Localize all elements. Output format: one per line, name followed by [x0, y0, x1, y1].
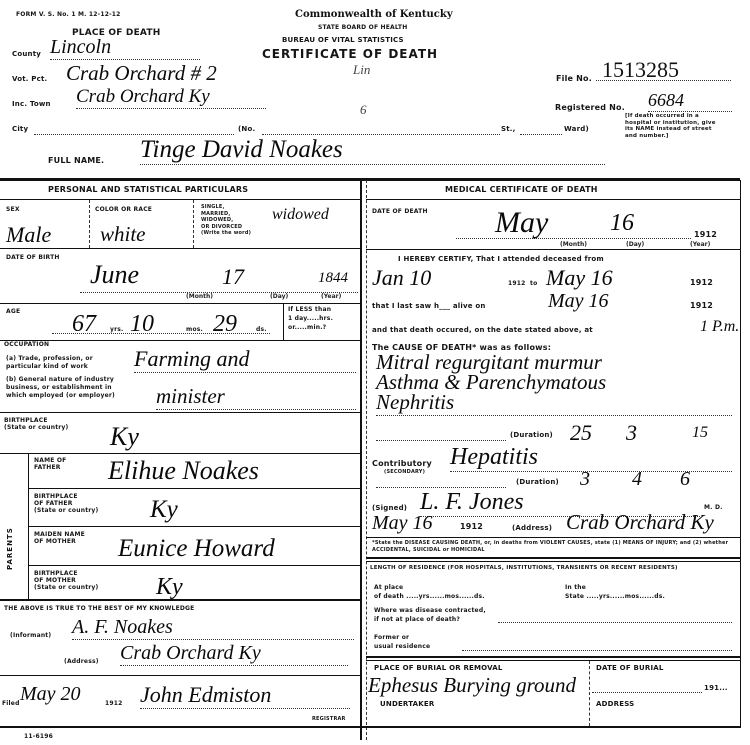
dob-month-caption: (Month)	[186, 293, 213, 300]
dod-month: May	[495, 206, 548, 240]
former-residence-field[interactable]	[462, 650, 732, 651]
informant-label: (Informant)	[10, 632, 51, 639]
disease-contracted-field[interactable]	[498, 622, 732, 623]
birthplace-label: BIRTHPLACE (State or country)	[4, 417, 68, 431]
occupation-a-field[interactable]: Farming and	[134, 346, 356, 373]
burial-date-field[interactable]	[592, 692, 702, 693]
signed-label: (Signed)	[372, 504, 407, 512]
mother-name-label: MAIDEN NAME OF MOTHER	[34, 531, 85, 545]
birthplace-field[interactable]: Ky	[110, 422, 139, 452]
file-no-label: File No.	[556, 74, 592, 83]
to-label: to	[530, 280, 537, 287]
dob-label: DATE OF BIRTH	[6, 254, 60, 261]
secondary-label: (SECONDARY)	[384, 469, 425, 475]
certify-text: I HEREBY CERTIFY, That I attended deceas…	[398, 255, 604, 263]
street-field[interactable]	[262, 134, 500, 135]
registrar-signature[interactable]: John Edmiston	[140, 682, 350, 709]
margin-note-6: 6	[360, 102, 367, 118]
disease-contracted-label: Where was disease contracted, if not at …	[374, 606, 486, 624]
cause-line-3[interactable]: Nephritis	[376, 390, 732, 416]
dod-year: 1912	[694, 230, 717, 239]
occupation-b-field[interactable]: minister	[156, 384, 356, 410]
full-name-field[interactable]: Tinge David Noakes	[140, 136, 605, 165]
contrib-duration-years[interactable]: 3	[580, 468, 590, 491]
form-bottom-code: 11-6196	[24, 733, 53, 740]
county-label: County	[12, 50, 41, 58]
marital-field[interactable]: widowed	[272, 206, 329, 224]
informant-address-label: (Address)	[64, 658, 99, 665]
registered-no-label: Registered No.	[555, 103, 625, 112]
undertaker-label: UNDERTAKER	[380, 700, 434, 708]
dob-year: 1844	[318, 270, 348, 287]
ward-field[interactable]	[520, 134, 562, 135]
age-years: 67	[72, 311, 96, 338]
hospital-note: [If death occurred in a hospital or inst…	[625, 113, 723, 139]
county-field[interactable]: Lincoln	[50, 36, 200, 60]
dob-month: June	[90, 260, 139, 290]
mother-birthplace-field[interactable]: Ky	[156, 574, 183, 601]
city-field[interactable]	[34, 134, 234, 135]
vot-pct-field[interactable]: Crab Orchard # 2	[66, 61, 217, 86]
age-label: AGE	[6, 308, 20, 315]
sex-label: SEX	[6, 206, 20, 213]
former-residence-label: Former or usual residence	[374, 633, 430, 651]
cause-footnote: *State the DISEASE CAUSING DEATH, or, in…	[372, 540, 734, 553]
attended-to-field[interactable]: May 16	[546, 265, 613, 291]
informant-address-field[interactable]: Crab Orchard Ky	[120, 642, 348, 666]
board-title: STATE BOARD OF HEALTH	[318, 24, 407, 31]
dob-day: 17	[222, 264, 244, 290]
dod-day-caption: (Day)	[626, 241, 644, 248]
filed-year: 1912	[105, 700, 123, 707]
date-of-death-field[interactable]	[456, 238, 691, 239]
mother-name-field[interactable]: Eunice Howard	[118, 535, 275, 563]
sex-field[interactable]: Male	[6, 222, 51, 248]
vot-pct-label: Vot. Pct.	[12, 75, 47, 83]
marital-label: SINGLE, MARRIED, WIDOWED, OR DIVORCED (W…	[201, 204, 251, 237]
burial-place-field[interactable]: Ephesus Burying ground	[368, 673, 576, 698]
age-mos-label: mos.	[186, 326, 203, 333]
death-occurred-text: and that death occured, on the date stat…	[372, 326, 593, 334]
registered-no-field[interactable]: 6684	[648, 90, 732, 112]
duration-years[interactable]: 25	[570, 420, 592, 446]
file-no-field[interactable]: 1513285	[596, 60, 731, 81]
dob-day-caption: (Day)	[270, 293, 288, 300]
contrib-duration-months[interactable]: 4	[632, 468, 642, 491]
attended-from-field[interactable]: Jan 10	[372, 265, 431, 291]
margin-note-lin: Lin	[353, 62, 370, 78]
occupation-label: OCCUPATION	[4, 341, 49, 348]
undertaker-address-label: ADDRESS	[596, 700, 634, 708]
age-yrs-label: yrs.	[110, 326, 124, 333]
registrar-label: REGISTRAR	[312, 716, 346, 722]
father-name-label: NAME OF FATHER	[34, 457, 66, 471]
last-saw-field[interactable]: May 16	[548, 290, 609, 313]
occupation-b-label: (b) General nature of industry business,…	[6, 376, 115, 400]
bureau-title: BUREAU OF VITAL STATISTICS	[282, 36, 404, 44]
file-no-value: 1513285	[602, 57, 679, 83]
informant-field[interactable]: A. F. Noakes	[72, 616, 354, 640]
burial-date-label: DATE OF BURIAL	[596, 664, 664, 672]
medical-heading: MEDICAL CERTIFICATE OF DEATH	[445, 185, 598, 194]
certificate-title: CERTIFICATE OF DEATH	[262, 47, 438, 61]
parents-label: PARENTS	[6, 527, 14, 570]
duration-label: (Duration)	[510, 431, 553, 439]
duration-months[interactable]: 3	[626, 420, 637, 446]
inc-town-label: Inc. Town	[12, 100, 51, 108]
last-saw-text: that I last saw h___ alive on	[372, 302, 486, 310]
dod-day: 16	[610, 210, 634, 237]
burial-date-year: 191...	[704, 684, 728, 692]
dod-year-caption: (Year)	[690, 241, 710, 248]
city-label: City	[12, 125, 28, 133]
filed-date[interactable]: May 20	[20, 683, 81, 706]
dod-month-caption: (Month)	[560, 241, 587, 248]
dob-year-caption: (Year)	[321, 293, 341, 300]
ward-label: Ward)	[564, 125, 589, 133]
last-saw-year: 1912	[690, 301, 713, 310]
signed-date[interactable]: May 16	[372, 512, 433, 535]
signed-year: 1912	[460, 522, 483, 531]
attended-from-year: 1912	[508, 280, 526, 287]
burial-place-label: PLACE OF BURIAL OR REMOVAL	[374, 664, 503, 672]
physician-address-label: (Address)	[512, 524, 552, 532]
state-title: Commonwealth of Kentucky	[295, 9, 453, 20]
age-days: 29	[213, 311, 237, 338]
contributory-label: Contributory	[372, 459, 432, 468]
form-code: FORM V. S. No. 1 M. 12-12-12	[16, 11, 121, 18]
contrib-duration-label: (Duration)	[516, 478, 559, 486]
personal-heading: PERSONAL AND STATISTICAL PARTICULARS	[48, 185, 248, 194]
inc-town-field[interactable]: Crab Orchard Ky	[76, 86, 266, 109]
street-label: St.,	[501, 125, 516, 133]
color-field[interactable]: white	[100, 222, 146, 247]
father-birthplace-field[interactable]: Ky	[150, 496, 178, 524]
residence-in-state[interactable]: In the State .....yrs......mos......ds.	[565, 583, 665, 601]
number-label: (No.	[238, 125, 255, 133]
father-name-field[interactable]: Elihue Noakes	[108, 456, 259, 486]
color-label: COLOR OR RACE	[95, 206, 152, 213]
physician-address-field[interactable]: Crab Orchard Ky	[566, 510, 714, 535]
dob-field[interactable]	[80, 292, 358, 293]
contrib-duration-days[interactable]: 6	[680, 468, 690, 491]
death-time-field[interactable]: 1 P.m.	[700, 318, 739, 336]
informant-statement: THE ABOVE IS TRUE TO THE BEST OF MY KNOW…	[4, 605, 194, 612]
residence-at-place[interactable]: At place of death .....yrs......mos.....…	[374, 583, 485, 601]
attended-to-year: 1912	[690, 278, 713, 287]
residence-heading: LENGTH OF RESIDENCE (FOR HOSPITALS, INST…	[370, 565, 734, 572]
duration-days[interactable]: 15	[692, 424, 708, 442]
age-ds-label: ds.	[256, 326, 267, 333]
occupation-a-label: (a) Trade, profession, or particular kin…	[6, 355, 93, 371]
father-birthplace-label: BIRTHPLACE OF FATHER (State or country)	[34, 493, 98, 514]
age-months: 10	[130, 311, 154, 338]
full-name-label: FULL NAME.	[48, 156, 104, 165]
mother-birthplace-label: BIRTHPLACE OF MOTHER (State or country)	[34, 570, 98, 591]
less-than-note: If LESS than 1 day.....hrs. or.....min.?	[288, 305, 333, 332]
filed-label: Filed	[2, 700, 20, 707]
date-of-death-label: DATE OF DEATH	[372, 208, 428, 215]
